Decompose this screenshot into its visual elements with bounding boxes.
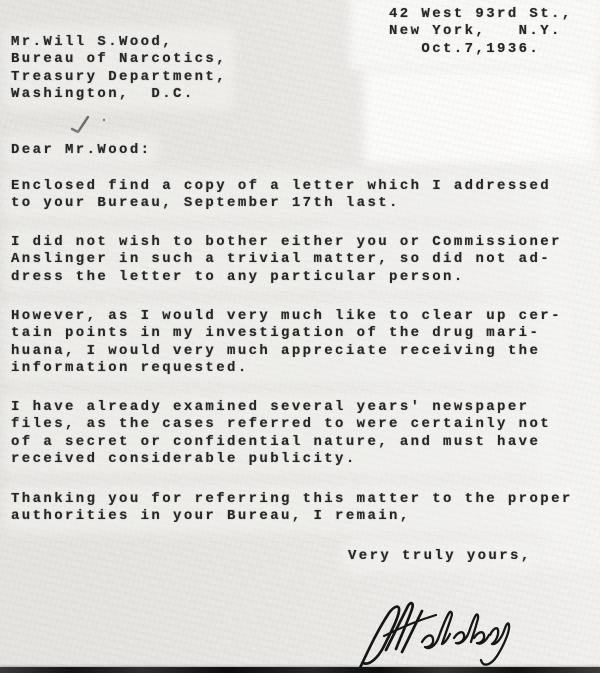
letter-page: 42 West 93rd St., New York, N.Y. Oct.7,1…	[0, 0, 600, 673]
body-paragraph-5: Thanking you for referring this matter t…	[11, 491, 573, 526]
body-paragraph-1: Enclosed find a copy of a letter which I…	[11, 178, 551, 213]
recipient-address-block: Mr.Will S.Wood, Bureau of Narcotics, Tre…	[11, 34, 227, 103]
salutation: Dear Mr.Wood:	[11, 142, 151, 159]
scan-white-patch-mid	[364, 70, 596, 164]
body-paragraph-2: I did not wish to bother either you or C…	[11, 234, 562, 286]
closing-valediction: Very truly yours,	[348, 548, 532, 565]
body-paragraph-4: I have already examined several years' n…	[11, 399, 551, 468]
signature-haliday	[350, 592, 525, 672]
body-paragraph-3: However, as I would very much like to cl…	[11, 308, 562, 377]
pen-checkmark-icon	[68, 112, 108, 136]
sender-address-block: 42 West 93rd St., New York, N.Y. Oct.7,1…	[389, 6, 573, 58]
scan-bottom-edge	[0, 667, 600, 673]
